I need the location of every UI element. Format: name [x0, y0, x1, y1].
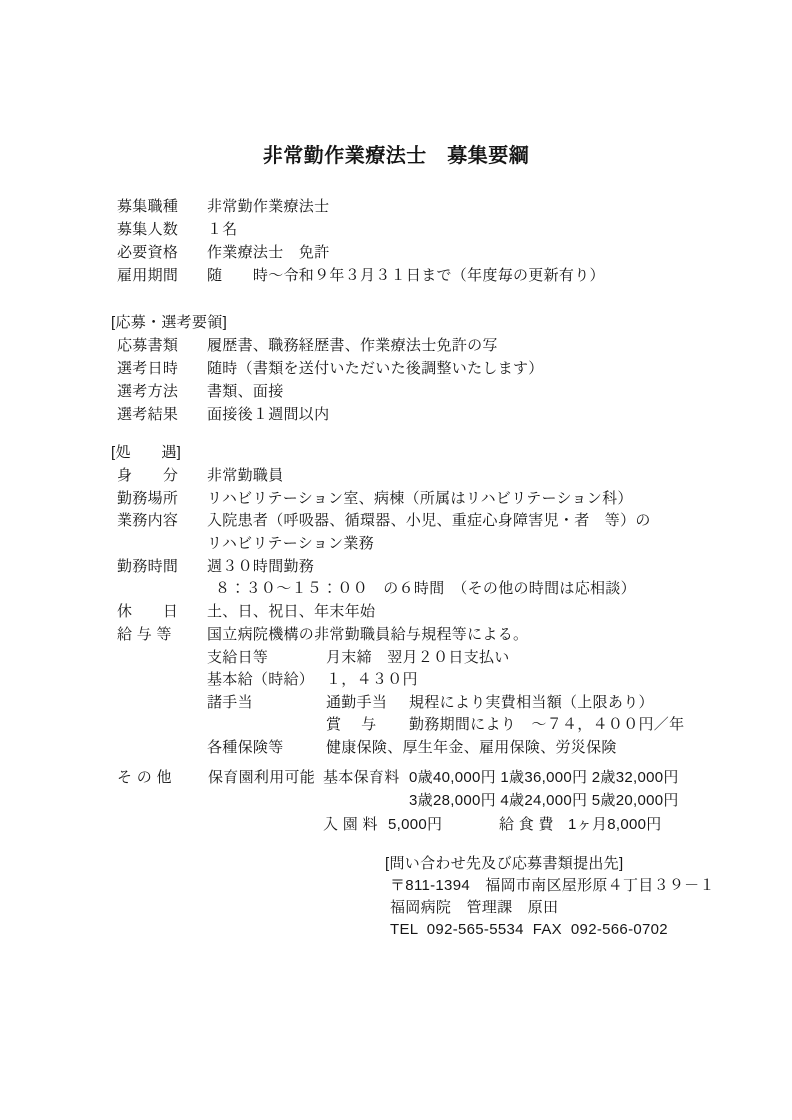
duties-label: 業務内容 [117, 512, 178, 530]
employment-period-label: 雇用期間 [117, 267, 178, 285]
nursery-available-value: 保育園利用可能 [208, 769, 315, 787]
nursery-entrance-label: 入 園 料 [323, 816, 378, 834]
working-hours-value-line1: 週３０時間勤務 [207, 558, 314, 576]
recruit-count-value: １名 [207, 221, 238, 239]
pay-date-value: 月末締 翌月２０日支払い [326, 649, 510, 667]
contact-office: 福岡病院 管理課 原田 [390, 899, 558, 917]
document-page: 非常勤作業療法士 募集要綱 募集職種 非常勤作業療法士 募集人数 １名 必要資格… [0, 0, 792, 1120]
recruit-type-label: 募集職種 [117, 198, 178, 216]
workplace-label: 勤務場所 [117, 490, 178, 508]
selection-result-value: 面接後１週間以内 [207, 406, 329, 424]
salary-value: 国立病院機構の非常勤職員給与規程等による。 [207, 626, 528, 644]
contact-heading: [問い合わせ先及び応募書類提出先] [385, 855, 623, 873]
holidays-value: 土、日、祝日、年末年始 [207, 603, 375, 621]
insurance-label: 各種保険等 [207, 739, 284, 757]
other-label: そ の 他 [117, 769, 172, 787]
nursery-meal-fee: 1ヶ月8,000円 [568, 816, 662, 834]
application-docs-value: 履歴書、職務経歴書、作業療法士免許の写 [207, 337, 498, 355]
qualification-label: 必要資格 [117, 244, 178, 262]
application-section-heading: [応募・選考要領] [111, 314, 227, 332]
nursery-fee-label: 基本保育料 [323, 769, 400, 787]
nursery-fees-line1: 0歳40,000円 1歳36,000円 2歳32,000円 [409, 769, 679, 787]
salary-label: 給 与 等 [117, 626, 172, 644]
workplace-value: リハビリテーション室、病棟（所属はリハビリテーション科） [207, 490, 633, 508]
base-wage-label: 基本給（時給） [207, 671, 314, 689]
duties-value-line1: 入院患者（呼吸器、循環器、小児、重症心身障害児・者 等）の [207, 512, 651, 530]
nursery-meal-label: 給 食 費 [499, 816, 554, 834]
application-docs-label: 応募書類 [117, 337, 178, 355]
nursery-fees-line2: 3歳28,000円 4歳24,000円 5歳20,000円 [409, 792, 679, 810]
duties-value-line2: リハビリテーション業務 [207, 535, 374, 553]
employment-period-value: 随 時～令和９年３月３１日まで（年度毎の更新有り） [207, 267, 605, 285]
base-wage-value: １，４３０円 [326, 671, 418, 689]
selection-method-value: 書類、面接 [207, 383, 284, 401]
bonus-detail: 勤務期間により ～７４，４００円／年 [409, 716, 684, 734]
qualification-value: 作業療法士 免許 [207, 244, 329, 262]
bonus-label: 賞 与 [326, 716, 376, 734]
status-label: 身 分 [117, 467, 178, 485]
contact-address: 〒811-1394 福岡市南区屋形原４丁目３９－１ [390, 877, 715, 895]
working-hours-value-line2: ８：３０～１５：００ の６時間 （その他の時間は応相談） [215, 580, 636, 598]
contact-tel-fax: TEL 092-565-5534 FAX 092-566-0702 [390, 921, 668, 939]
page-title: 非常勤作業療法士 募集要綱 [0, 139, 792, 168]
insurance-value: 健康保険、厚生年金、雇用保険、労災保険 [326, 739, 617, 757]
selection-result-label: 選考結果 [117, 406, 178, 424]
recruit-count-label: 募集人数 [117, 221, 178, 239]
working-hours-label: 勤務時間 [117, 558, 178, 576]
selection-method-label: 選考方法 [117, 383, 178, 401]
selection-date-label: 選考日時 [117, 360, 178, 378]
status-value: 非常勤職員 [207, 467, 284, 485]
conditions-section-heading: [処 遇] [111, 444, 181, 462]
selection-date-value: 随時（書類を送付いただいた後調整いたします） [207, 360, 544, 378]
allowances-label: 諸手当 [207, 694, 253, 712]
holidays-label: 休 日 [117, 603, 178, 621]
commute-allowance-label: 通勤手当 [326, 694, 387, 712]
pay-date-label: 支給日等 [207, 649, 268, 667]
recruit-type-value: 非常勤作業療法士 [207, 198, 329, 216]
commute-allowance-detail: 規程により実費相当額（上限あり） [409, 694, 654, 712]
nursery-entrance-fee: 5,000円 [388, 816, 442, 834]
